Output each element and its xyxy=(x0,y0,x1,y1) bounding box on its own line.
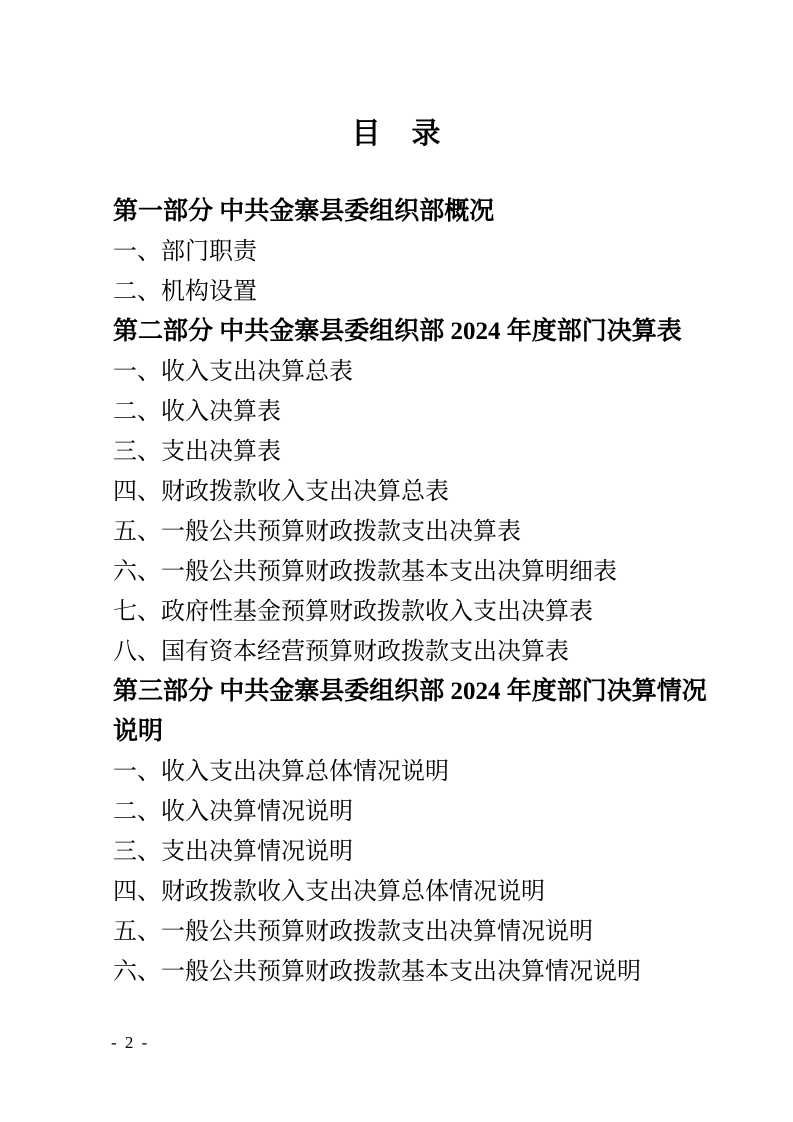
toc-section-heading-part1: 第一部分 中共金寨县委组织部概况 xyxy=(113,192,713,232)
document-page: 目 录 第一部分 中共金寨县委组织部概况 一、部门职责 二、机构设置 第二部分 … xyxy=(0,0,793,1122)
toc-entry: 四、财政拨款收入支出决算总表 xyxy=(113,472,713,512)
toc-section-heading-part3-wrap: 说明 xyxy=(113,712,713,752)
toc-entry: 二、收入决算表 xyxy=(113,392,713,432)
toc-entry: 三、支出决算表 xyxy=(113,432,713,472)
toc-entry: 六、一般公共预算财政拨款基本支出决算明细表 xyxy=(113,552,713,592)
toc-entry: 四、财政拨款收入支出决算总体情况说明 xyxy=(113,872,713,912)
toc-entry: 三、支出决算情况说明 xyxy=(113,832,713,872)
toc-entry: 一、收入支出决算总体情况说明 xyxy=(113,752,713,792)
toc-entry: 一、部门职责 xyxy=(113,232,713,272)
toc-entry: 二、收入决算情况说明 xyxy=(113,792,713,832)
toc-entry: 五、一般公共预算财政拨款支出决算情况说明 xyxy=(113,912,713,952)
toc-entry: 二、机构设置 xyxy=(113,272,713,312)
page-title: 目 录 xyxy=(0,117,793,151)
toc-entry: 六、一般公共预算财政拨款基本支出决算情况说明 xyxy=(113,952,713,992)
toc-section-heading-part2: 第二部分 中共金寨县委组织部 2024 年度部门决算表 xyxy=(113,312,713,352)
toc-section-heading-part3: 第三部分 中共金寨县委组织部 2024 年度部门决算情况 xyxy=(113,672,713,712)
page-number: - 2 - xyxy=(111,1031,149,1055)
toc-entry: 八、国有资本经营预算财政拨款支出决算表 xyxy=(113,632,713,672)
table-of-contents: 第一部分 中共金寨县委组织部概况 一、部门职责 二、机构设置 第二部分 中共金寨… xyxy=(113,192,713,992)
toc-entry: 五、一般公共预算财政拨款支出决算表 xyxy=(113,512,713,552)
toc-entry: 一、收入支出决算总表 xyxy=(113,352,713,392)
toc-entry: 七、政府性基金预算财政拨款收入支出决算表 xyxy=(113,592,713,632)
